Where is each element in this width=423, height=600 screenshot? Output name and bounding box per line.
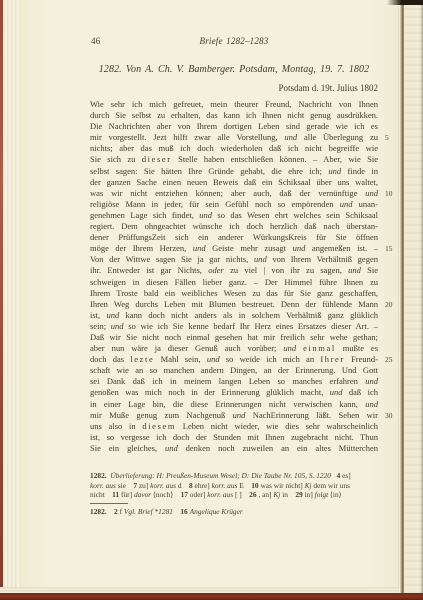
book-page: 46 Briefe 1282–1283 1282. Von A. Ch. V. … — [19, 0, 398, 593]
letter-line: mir Muße genug zum Nachgenuß und NachEri… — [90, 410, 378, 421]
apparatus-variants: 1282. Überlieferung: H: Preußen-Museum W… — [90, 471, 378, 500]
apparatus-line: 1282. Überlieferung: H: Preußen-Museum W… — [90, 471, 378, 481]
line-number: 30 — [385, 410, 393, 421]
letter-line: was wir nicht entziehen können; aber auc… — [90, 188, 378, 199]
letter-line: religiöse Mann in jeder, für sein Gefühl… — [90, 199, 378, 210]
letter-dateline: Potsdam d. 19t. Julius 1802 — [90, 83, 378, 93]
letter-line: schweigen in diesen Fällen lieber ganz. … — [90, 277, 378, 288]
letter-line: ist, so vergesse ich doch der Stunden mi… — [90, 432, 378, 443]
adjacent-page-edge — [404, 0, 423, 593]
top-right-shadow — [387, 0, 423, 5]
letter-line: schaft wie an so manchen andern Dingen, … — [90, 365, 378, 376]
letter-line: Wie sehr ich mich gefreuet, mein theurer… — [90, 99, 378, 110]
letter-line: Ihren Weg durchs Leben mit Blumen bestre… — [90, 299, 378, 310]
letter-line: in einer Lage bin, die diese Erinnerunge… — [90, 399, 378, 410]
letter-line: Sie sich zu dieser Stelle haben entschli… — [90, 154, 378, 165]
line-number: 15 — [385, 243, 393, 254]
text-column: 46 Briefe 1282–1283 1282. Von A. Ch. V. … — [90, 0, 378, 516]
letter-line: genehmen Lage sich findet, und so das We… — [90, 210, 378, 221]
letter-line: durch Sie selbst zu erhalten, das kann i… — [90, 110, 378, 121]
apparatus-commentary: 1282. 2 f Vgl. Brief *1281 16 Angelique … — [90, 507, 378, 517]
line-number: 5 — [385, 132, 389, 143]
apparatus-divider-rule — [90, 503, 128, 504]
letter-line: ihr. Entweder ist gar Nichts, oder zu vi… — [90, 265, 378, 276]
line-number: 20 — [385, 299, 393, 310]
letter-line: dener PrüffungsZeit sich ein anderer Wür… — [90, 232, 378, 243]
letter-line: Ihrem Troste bald ein weibliches Wesen z… — [90, 288, 378, 299]
letter-line: selbst sagen: Sie hätten Ihre Gründe geh… — [90, 166, 378, 177]
letter-body: Wie sehr ich mich gefreuet, mein theurer… — [90, 99, 378, 454]
commentary-line: 1282. 2 f Vgl. Brief *1281 16 Angelique … — [90, 507, 378, 517]
letter-line: Die Nachrichten aber von Ihrem dortigen … — [90, 121, 378, 132]
letter-line: sei Dank daß ich in meinem langen Leben … — [90, 376, 378, 387]
book-cover-bottom-edge — [0, 593, 423, 600]
apparatus-line: korr. aus sie 7 zu] korr. aus d 8 ehre] … — [90, 481, 378, 491]
letter-line: doch das lezte Mahl sein, und so weide i… — [90, 354, 378, 365]
page-header: 46 Briefe 1282–1283 — [90, 0, 378, 48]
letter-line: ist, und kann doch nicht anders als in s… — [90, 310, 378, 321]
running-header: Briefe 1282–1283 — [90, 36, 378, 46]
page-number: 46 — [91, 36, 100, 46]
letter-heading: 1282. Von A. Ch. V. Bamberger. Potsdam, … — [90, 64, 378, 75]
line-number: 25 — [385, 354, 393, 365]
letter-line: Sie ein gleiches, und denken noch zuweil… — [90, 443, 378, 454]
letter-line: regiert. Dem ohngeachtet wünsche ich doc… — [90, 221, 378, 232]
letter-line: uns also in diesem Leben nicht wieder, w… — [90, 421, 378, 432]
book-photo: 46 Briefe 1282–1283 1282. Von A. Ch. V. … — [0, 0, 423, 600]
letter-line: Von der Wittwe sagen Sie ja gar nichts, … — [90, 254, 378, 265]
letter-line: Daß wir Sie nicht noch einmal gesehen ha… — [90, 332, 378, 343]
apparatus-line: nicht 11 für] davor ⟨noch⟩ 17 oder] korr… — [90, 490, 378, 500]
letter-line: der ganzen Sache einen neuen Beweis daß … — [90, 177, 378, 188]
page-stack-left-edges — [3, 0, 19, 593]
letter-line: aber nun wäre ja dieser Genuß auch vorüb… — [90, 343, 378, 354]
letter-line: möge der Ihrem Herzen, und Geiste mehr z… — [90, 243, 378, 254]
letter-line: nichts; aber das muß ich doch wiederhole… — [90, 143, 378, 154]
letter-line: mir vorgestellt. Jezt hilft zwar alle Vo… — [90, 132, 378, 143]
letter-line: genoßen was mich noch in der Erinnerung … — [90, 387, 378, 398]
letter-line: sein; und so wie ich Sie kenne bedarf Ih… — [90, 321, 378, 332]
line-number: 10 — [385, 188, 393, 199]
